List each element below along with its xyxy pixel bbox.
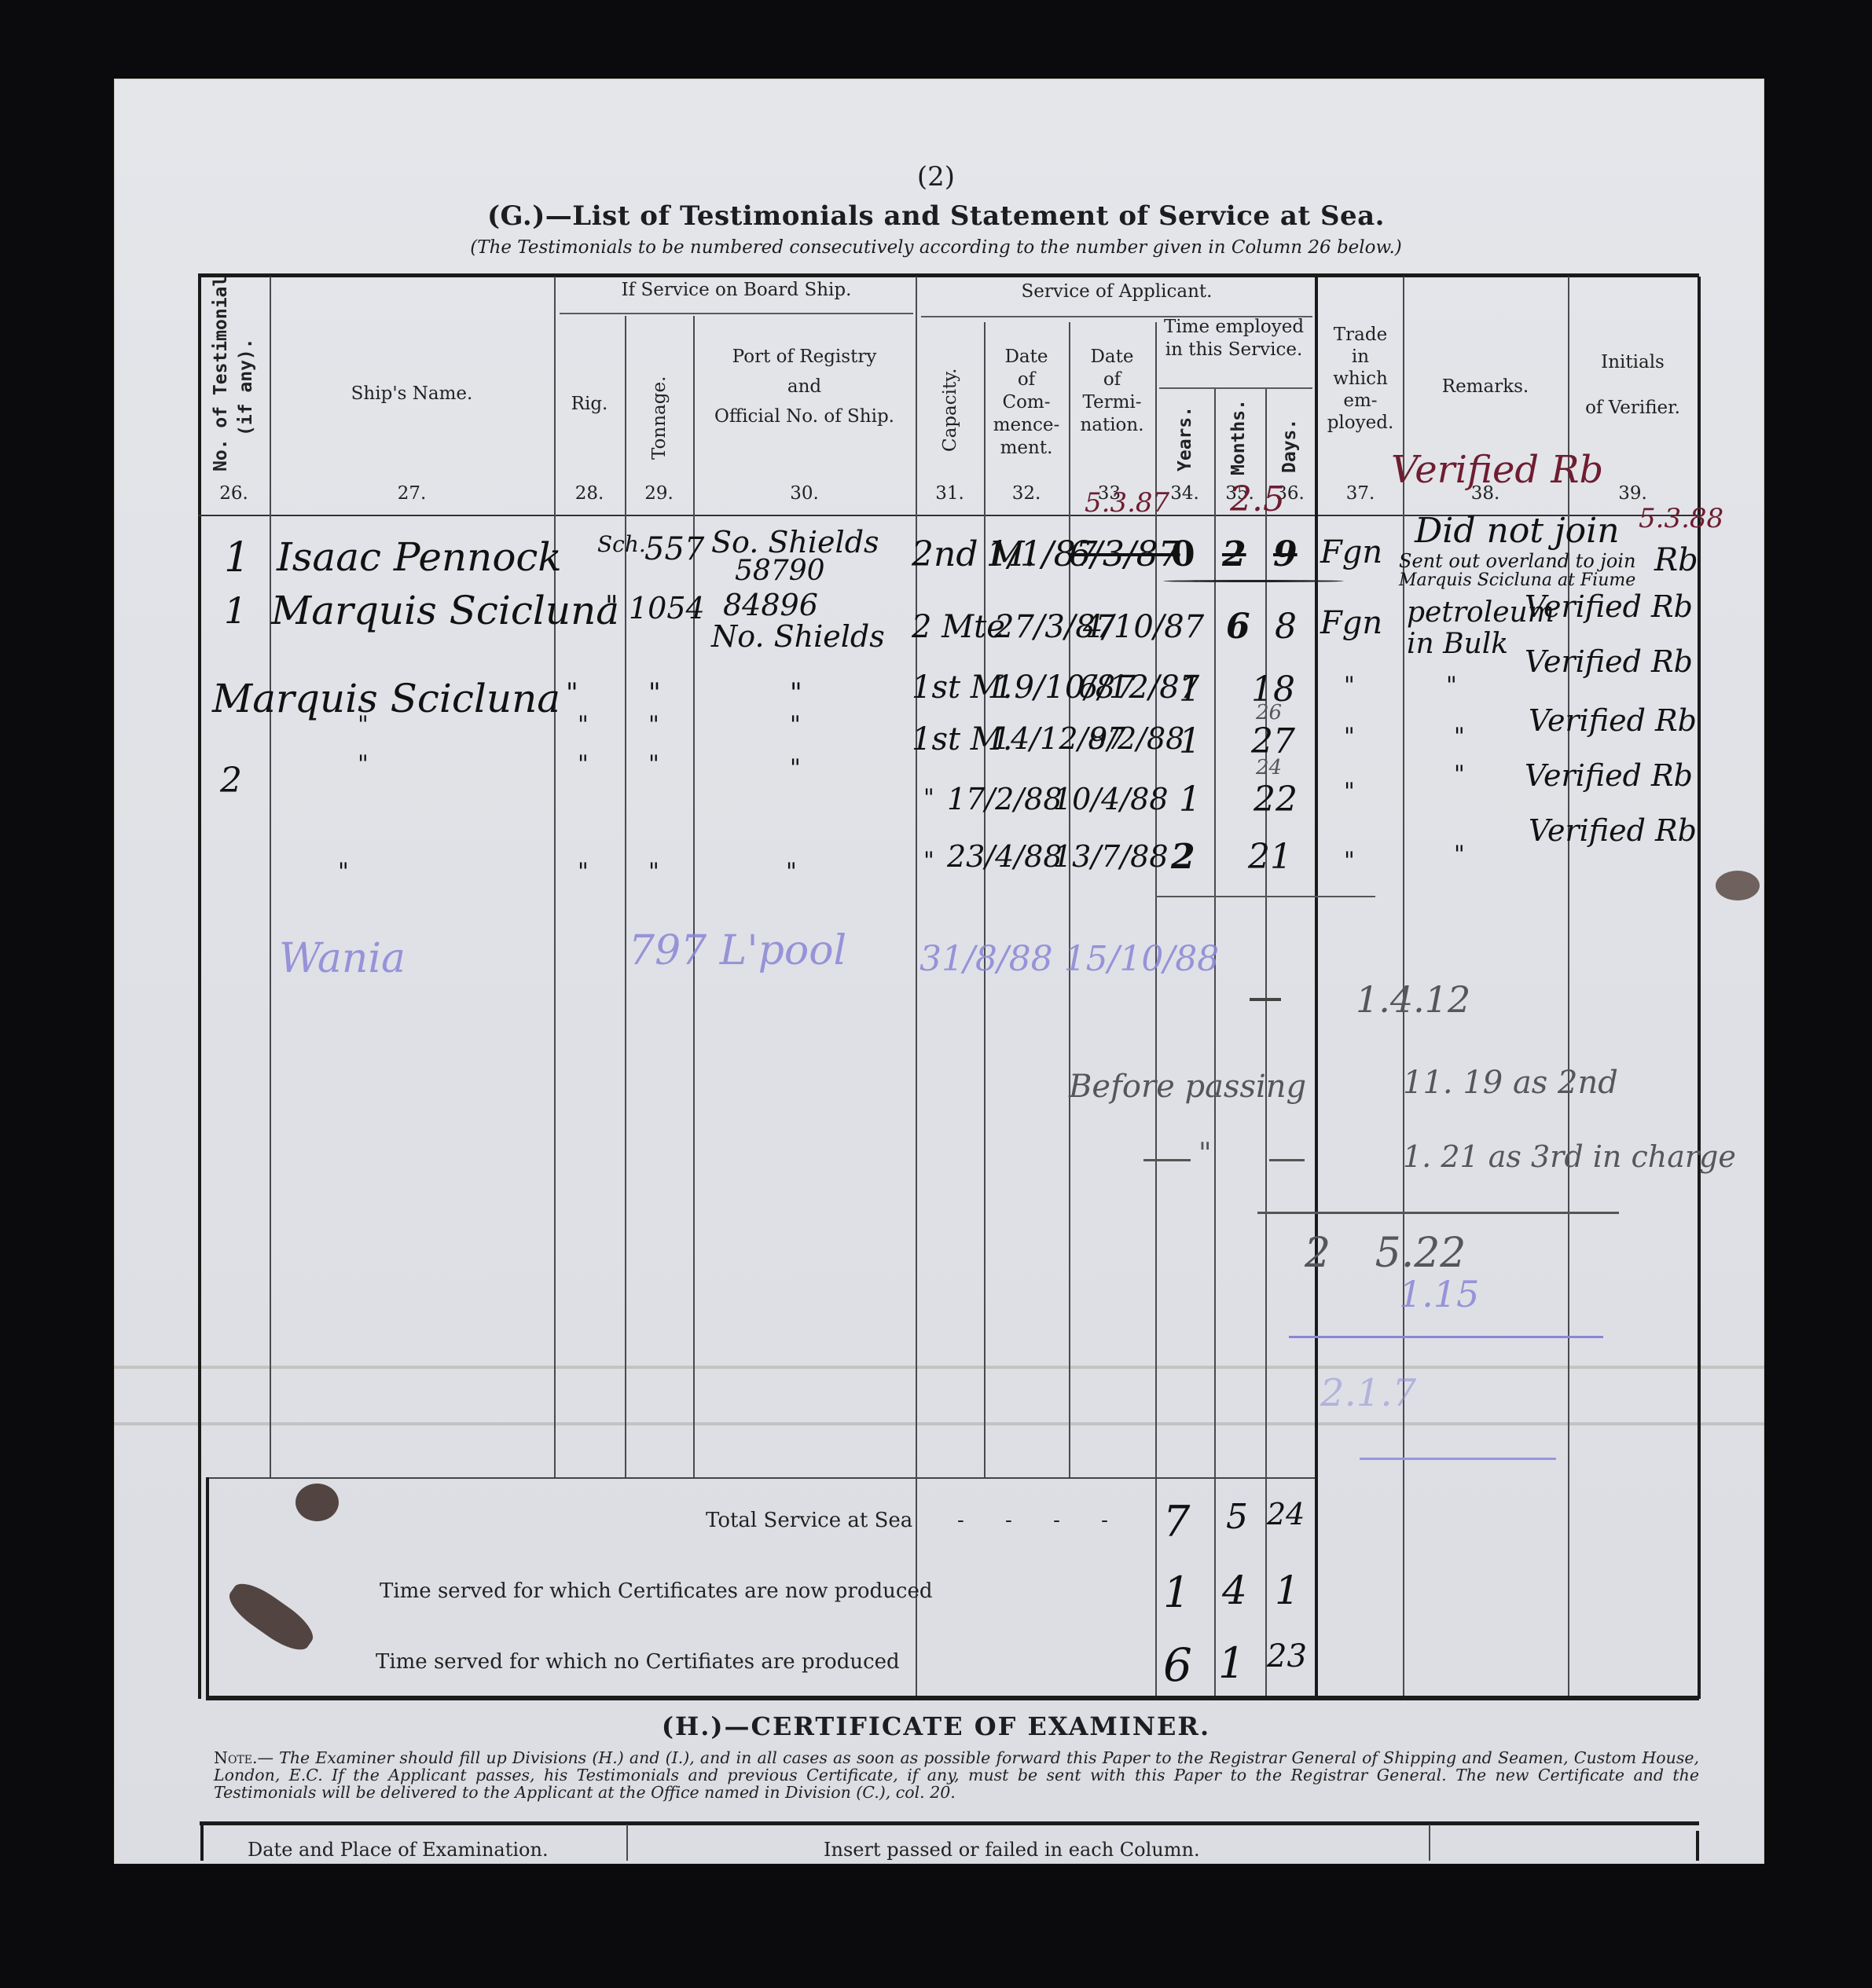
summary-bottom-rule <box>206 1696 1699 1700</box>
row4-years: 1 <box>1179 721 1201 761</box>
summary-total-years: 7 <box>1163 1497 1190 1546</box>
header-commence-5: ment. <box>984 437 1069 460</box>
row4-trade: " <box>1344 723 1355 750</box>
row2-official-no: 84896 <box>723 588 818 622</box>
pencil-total: 2 5.22 <box>1305 1230 1466 1277</box>
header-trade-1: Trade <box>1318 324 1403 347</box>
row5-ship: " <box>358 750 369 778</box>
red-time-annotation: 2.5 <box>1230 479 1285 519</box>
row2-initials: Verified Rb <box>1525 589 1693 624</box>
col-num-37: 37. <box>1318 483 1403 504</box>
header-term-2: of <box>1069 369 1155 391</box>
header-initials-2: of Verifier. <box>1568 397 1698 420</box>
row6-days: 21 <box>1248 837 1292 877</box>
col-num-26: 26. <box>198 483 270 504</box>
row1-remark-note-1: Sent out overland to join <box>1399 550 1635 572</box>
summary-total-label: Total Service at Sea <box>706 1509 912 1532</box>
group-underline <box>1159 387 1312 389</box>
header-days: Days. <box>1279 419 1300 473</box>
row2-days: 8 <box>1275 607 1297 647</box>
summary-total-days: 24 <box>1267 1497 1305 1531</box>
fold-line <box>114 1366 1764 1369</box>
row6-capacity: " <box>923 847 934 875</box>
row5-days: 22 <box>1254 779 1298 820</box>
row6-tonnage: " <box>648 858 659 886</box>
pencil-before: Before passing <box>1069 1069 1306 1105</box>
row2-rig: " <box>605 591 618 623</box>
row2-capacity: 2 Mte <box>912 609 1005 645</box>
summary-uncertified-months: 1 <box>1218 1638 1245 1688</box>
header-remarks: Remarks. <box>1403 376 1568 398</box>
summary-uncertified-days: 23 <box>1267 1638 1307 1674</box>
header-no-testimonial-sub: (if any). <box>236 338 256 436</box>
col-num-31: 31. <box>916 483 984 504</box>
pencil-rule <box>1155 896 1375 897</box>
pencil-dash <box>1250 998 1281 1001</box>
violet-double-rule <box>1360 1458 1556 1460</box>
row2-years: 6 <box>1226 607 1250 647</box>
col-divider <box>554 277 556 1477</box>
pencil-line-3: 1. 21 as 3rd in charge <box>1403 1139 1736 1174</box>
certificate-note-text: The Examiner should fill up Divisions (H… <box>214 1748 1699 1802</box>
pencil-dash <box>1269 1159 1305 1161</box>
row1-trade: Fgn <box>1320 534 1382 570</box>
row5-tonnage: " <box>648 750 659 778</box>
row4-terminated: 9/2/88 <box>1088 721 1184 756</box>
certificate-col-border <box>200 1825 204 1861</box>
row1-official-no: 58790 <box>735 555 825 587</box>
row5-terminated: 10/4/88 <box>1053 782 1169 816</box>
row2-port: No. Shields <box>711 619 885 654</box>
header-trade-4: em- <box>1318 390 1403 413</box>
ink-stain <box>295 1484 339 1521</box>
pencil-line-1: 1.4.12 <box>1356 978 1470 1021</box>
row1-months: 2 <box>1222 534 1246 574</box>
header-port-3: Official No. of Ship. <box>693 405 916 428</box>
row6-port: " <box>786 858 797 886</box>
examination-date-place-label: Date and Place of Examination. <box>248 1839 549 1861</box>
header-tonnage: Tonnage. <box>649 376 670 460</box>
red-verified-annotation: Verified Rb <box>1391 448 1603 492</box>
row1-testimonial: 1 <box>224 534 250 581</box>
row4-ship: " <box>358 711 369 739</box>
col-num-29: 29. <box>625 483 693 504</box>
ink-stain <box>1716 871 1760 900</box>
row3-trade: " <box>1344 672 1355 699</box>
insert-passed-failed-label: Insert passed or failed in each Column. <box>824 1839 1200 1861</box>
header-no-testimonial: No. of Testimonial <box>211 276 231 471</box>
row3-initials: Verified Rb <box>1525 644 1693 679</box>
row1-remarks: Did not join <box>1415 511 1620 551</box>
row6-trade: " <box>1344 847 1355 875</box>
header-commence-4: mence- <box>984 414 1069 437</box>
certificate-col-divider <box>626 1825 628 1861</box>
row5-remarks: " <box>1454 761 1465 788</box>
pencil-ditto: " <box>1198 1138 1212 1170</box>
header-trade-3: which <box>1318 368 1403 391</box>
page-subtitle: (The Testimonials to be numbered consecu… <box>0 237 1872 258</box>
red-date-annotation: 5.3.87 <box>1085 487 1169 519</box>
summary-certified-years: 1 <box>1163 1568 1190 1617</box>
summary-certified-months: 4 <box>1222 1568 1247 1613</box>
row2-trade: Fgn <box>1320 605 1382 641</box>
row1-days: 9 <box>1273 534 1298 574</box>
page-number: (2) <box>0 161 1872 193</box>
row5-port: " <box>790 754 801 782</box>
row5-capacity: " <box>923 784 934 812</box>
header-time-employed: Time employed in this Service. <box>1155 316 1312 361</box>
row2-ship: Marquis Scicluna <box>271 588 619 633</box>
header-rig: Rig. <box>554 393 625 416</box>
group-header-ship: If Service on Board Ship. <box>560 279 913 302</box>
row5-commenced: 17/2/88 <box>947 782 1063 816</box>
summary-uncertified-label: Time served for which no Certifiates are… <box>376 1650 900 1674</box>
summary-uncertified-years: 6 <box>1163 1638 1192 1692</box>
row6-ship: " <box>338 858 349 886</box>
certificate-col-divider <box>1429 1825 1430 1861</box>
row5-trade: " <box>1344 778 1355 805</box>
row4-rig: " <box>578 711 589 739</box>
header-port-2: and <box>693 376 916 398</box>
row5-testimonial: 2 <box>220 761 242 801</box>
certificate-rule <box>200 1821 1699 1825</box>
violet-dates: 31/8/88 15/10/88 <box>919 939 1219 979</box>
header-term-1: Date <box>1069 346 1155 369</box>
header-years: Years. <box>1175 406 1195 471</box>
col-divider <box>1155 322 1157 1697</box>
row4-port: " <box>790 711 801 739</box>
header-capacity: Capacity. <box>940 369 960 452</box>
red-date-annotation-2: 5.3.88 <box>1639 503 1723 534</box>
row6-rig: " <box>578 858 589 886</box>
violet-subtotal: 1.15 <box>1399 1273 1479 1315</box>
row5-initials: Verified Rb <box>1525 758 1693 793</box>
header-term-3: Termi- <box>1069 391 1155 414</box>
summary-top-rule <box>206 1477 1315 1479</box>
header-term-4: nation. <box>1069 414 1155 437</box>
row3-remarks: " <box>1446 672 1457 699</box>
summary-left-border <box>206 1477 209 1699</box>
row2-terminated: 4/10/87 <box>1083 609 1204 645</box>
fold-line <box>114 1422 1764 1425</box>
header-initials-1: Initials <box>1568 351 1698 374</box>
row1-initials: Rb <box>1654 542 1698 578</box>
header-commence-1: Date <box>984 346 1069 369</box>
table-right-border <box>1698 277 1701 1699</box>
summary-dots: - - - - <box>957 1509 1125 1532</box>
summary-certified-label: Time served for which Certificates are n… <box>380 1579 933 1603</box>
row6-terminated: 13/7/88 <box>1053 839 1169 874</box>
row4-remarks: " <box>1454 723 1465 750</box>
row6-initials: Verified Rb <box>1529 813 1697 848</box>
page-title: (G.)—List of Testimonials and Statement … <box>0 200 1872 232</box>
row4-corrected-days: 26 <box>1256 701 1282 724</box>
row3-ship: Marquis Scicluna <box>212 676 560 721</box>
row3-port: " <box>790 677 802 709</box>
table-top-rule <box>198 273 1699 277</box>
row5-years: 1 <box>1179 779 1201 820</box>
violet-port: 797 L'pool <box>629 927 846 974</box>
violet-rule <box>1289 1336 1603 1338</box>
header-commence-3: Com- <box>984 391 1069 414</box>
certificate-col-border <box>1696 1831 1699 1861</box>
pencil-dash <box>1143 1159 1191 1161</box>
row1-tonnage: 557 <box>644 531 704 567</box>
col-divider <box>1214 389 1216 1697</box>
row4-tonnage: " <box>648 711 659 739</box>
row6-years: 2 <box>1171 837 1195 877</box>
row4-initials: Verified Rb <box>1529 703 1697 738</box>
col-num-32: 32. <box>984 483 1069 504</box>
header-trade-5: ployed. <box>1318 412 1403 435</box>
pencil-rule <box>1257 1212 1619 1214</box>
row5-corrected-days: 24 <box>1256 756 1282 779</box>
violet-ship: Wania <box>279 935 406 982</box>
summary-certified-days: 1 <box>1275 1568 1300 1613</box>
group-header-applicant: Service of Applicant. <box>921 281 1312 303</box>
header-months: Months. <box>1228 399 1249 475</box>
header-ships-name: Ship's Name. <box>270 383 554 405</box>
certificate-title: (H.)—CERTIFICATE OF EXAMINER. <box>0 1711 1872 1741</box>
row2-tonnage: 1054 <box>629 591 705 625</box>
row1-terminated: 6/3/87 <box>1069 534 1180 574</box>
header-commence-2: of <box>984 369 1069 391</box>
row1-years: 0 <box>1171 534 1195 574</box>
row1-remark-note-2: Marquis Scicluna at Fiume <box>1399 570 1635 590</box>
row5-rig: " <box>578 750 589 778</box>
certificate-note: Note.— The Examiner should fill up Divis… <box>214 1749 1699 1801</box>
header-trade-2: in <box>1318 346 1403 369</box>
row1-rig: Sch. <box>597 531 646 557</box>
col-num-28: 28. <box>554 483 625 504</box>
certificate-note-lead: Note.— <box>214 1748 273 1767</box>
violet-total: 2.1.7 <box>1320 1371 1416 1415</box>
row6-commenced: 23/4/88 <box>947 839 1063 874</box>
row6-remarks: " <box>1454 841 1465 868</box>
row1-underline <box>1163 580 1344 582</box>
header-port-1: Port of Registry <box>693 346 916 369</box>
col-num-30: 30. <box>693 483 916 504</box>
row1-ship: Isaac Pennock <box>277 534 562 580</box>
summary-total-months: 5 <box>1226 1497 1248 1537</box>
row3-tonnage: " <box>648 677 661 709</box>
group-underline <box>560 313 913 314</box>
row2-testimonial: 1 <box>224 589 247 632</box>
pencil-line-2: 11. 19 as 2nd <box>1403 1065 1618 1101</box>
row3-years: 1 <box>1179 669 1201 710</box>
row3-rig: " <box>566 677 578 709</box>
col-num-27: 27. <box>270 483 554 504</box>
col-divider <box>270 277 271 1477</box>
